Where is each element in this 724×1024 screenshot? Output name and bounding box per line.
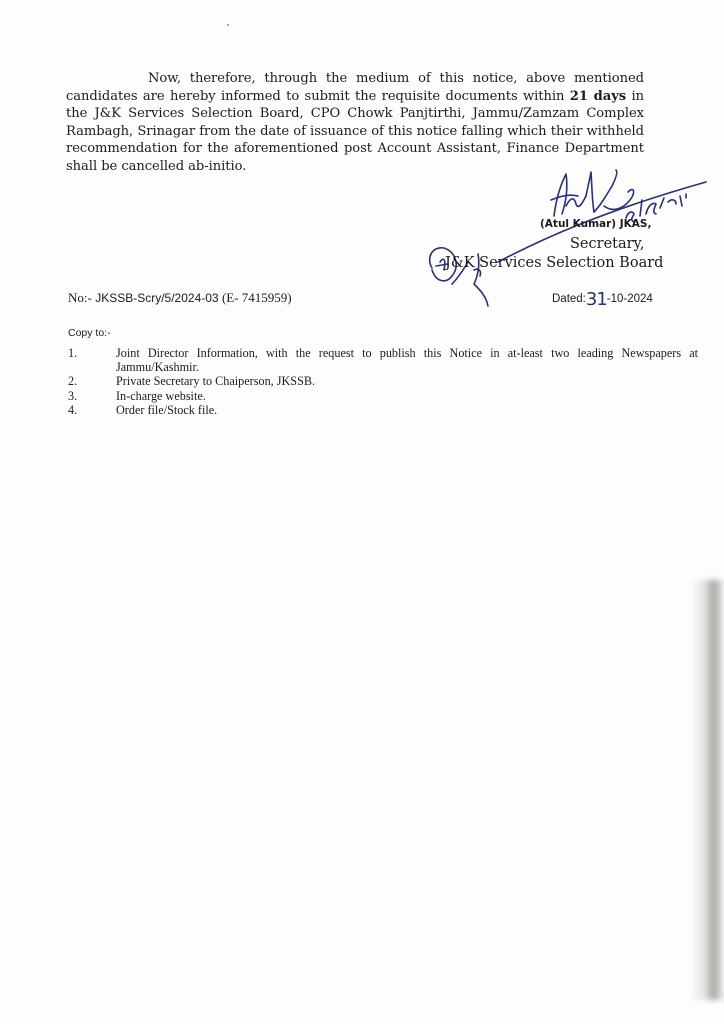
- list-item-number: 3.: [68, 390, 116, 404]
- copy-to-label: Copy to:-: [68, 327, 111, 339]
- list-item: 1. Joint Director Information, with the …: [68, 347, 698, 374]
- list-item-text: In-charge website.: [116, 390, 698, 404]
- notice-body-paragraph: Now, therefore, through the medium of th…: [66, 70, 644, 176]
- page-edge-shadow: [690, 580, 724, 1000]
- dated-label: Dated:: [552, 293, 586, 305]
- copy-to-list: 1. Joint Director Information, with the …: [68, 347, 698, 419]
- list-item-text: Joint Director Information, with the req…: [116, 347, 698, 374]
- list-item: 4. Order file/Stock file.: [68, 404, 698, 418]
- list-item-number: 1.: [68, 347, 116, 374]
- notice-body-text-1: Now, therefore, through the medium of th…: [66, 71, 644, 104]
- list-item-number: 4.: [68, 404, 116, 418]
- organization-name: J&K Services Selection Board: [445, 255, 663, 271]
- deadline-bold: 21 days: [570, 89, 626, 104]
- dated-line: Dated:31-10-2024: [552, 289, 653, 310]
- list-item: 2. Private Secretary to Chaiperson, JKSS…: [68, 375, 698, 389]
- list-item-text: Order file/Stock file.: [116, 404, 698, 418]
- reference-e-number: (E- 7415959): [222, 290, 292, 305]
- dated-month-year: -10-2024: [607, 293, 653, 305]
- reference-code: JKSSB-Scry/5/2024-03: [95, 291, 218, 305]
- signer-name: (Atul Kumar) JKAS,: [540, 218, 651, 230]
- signer-designation: Secretary,: [570, 236, 644, 252]
- scan-speck: [227, 24, 229, 26]
- dated-day-handwritten: 31: [586, 289, 607, 310]
- reference-number: No:- JKSSB-Scry/5/2024-03 (E- 7415959): [68, 290, 292, 306]
- document-page: Now, therefore, through the medium of th…: [0, 0, 724, 1024]
- list-item-number: 2.: [68, 375, 116, 389]
- list-item: 3. In-charge website.: [68, 390, 698, 404]
- reference-label: No:-: [68, 290, 92, 305]
- list-item-text: Private Secretary to Chaiperson, JKSSB.: [116, 375, 698, 389]
